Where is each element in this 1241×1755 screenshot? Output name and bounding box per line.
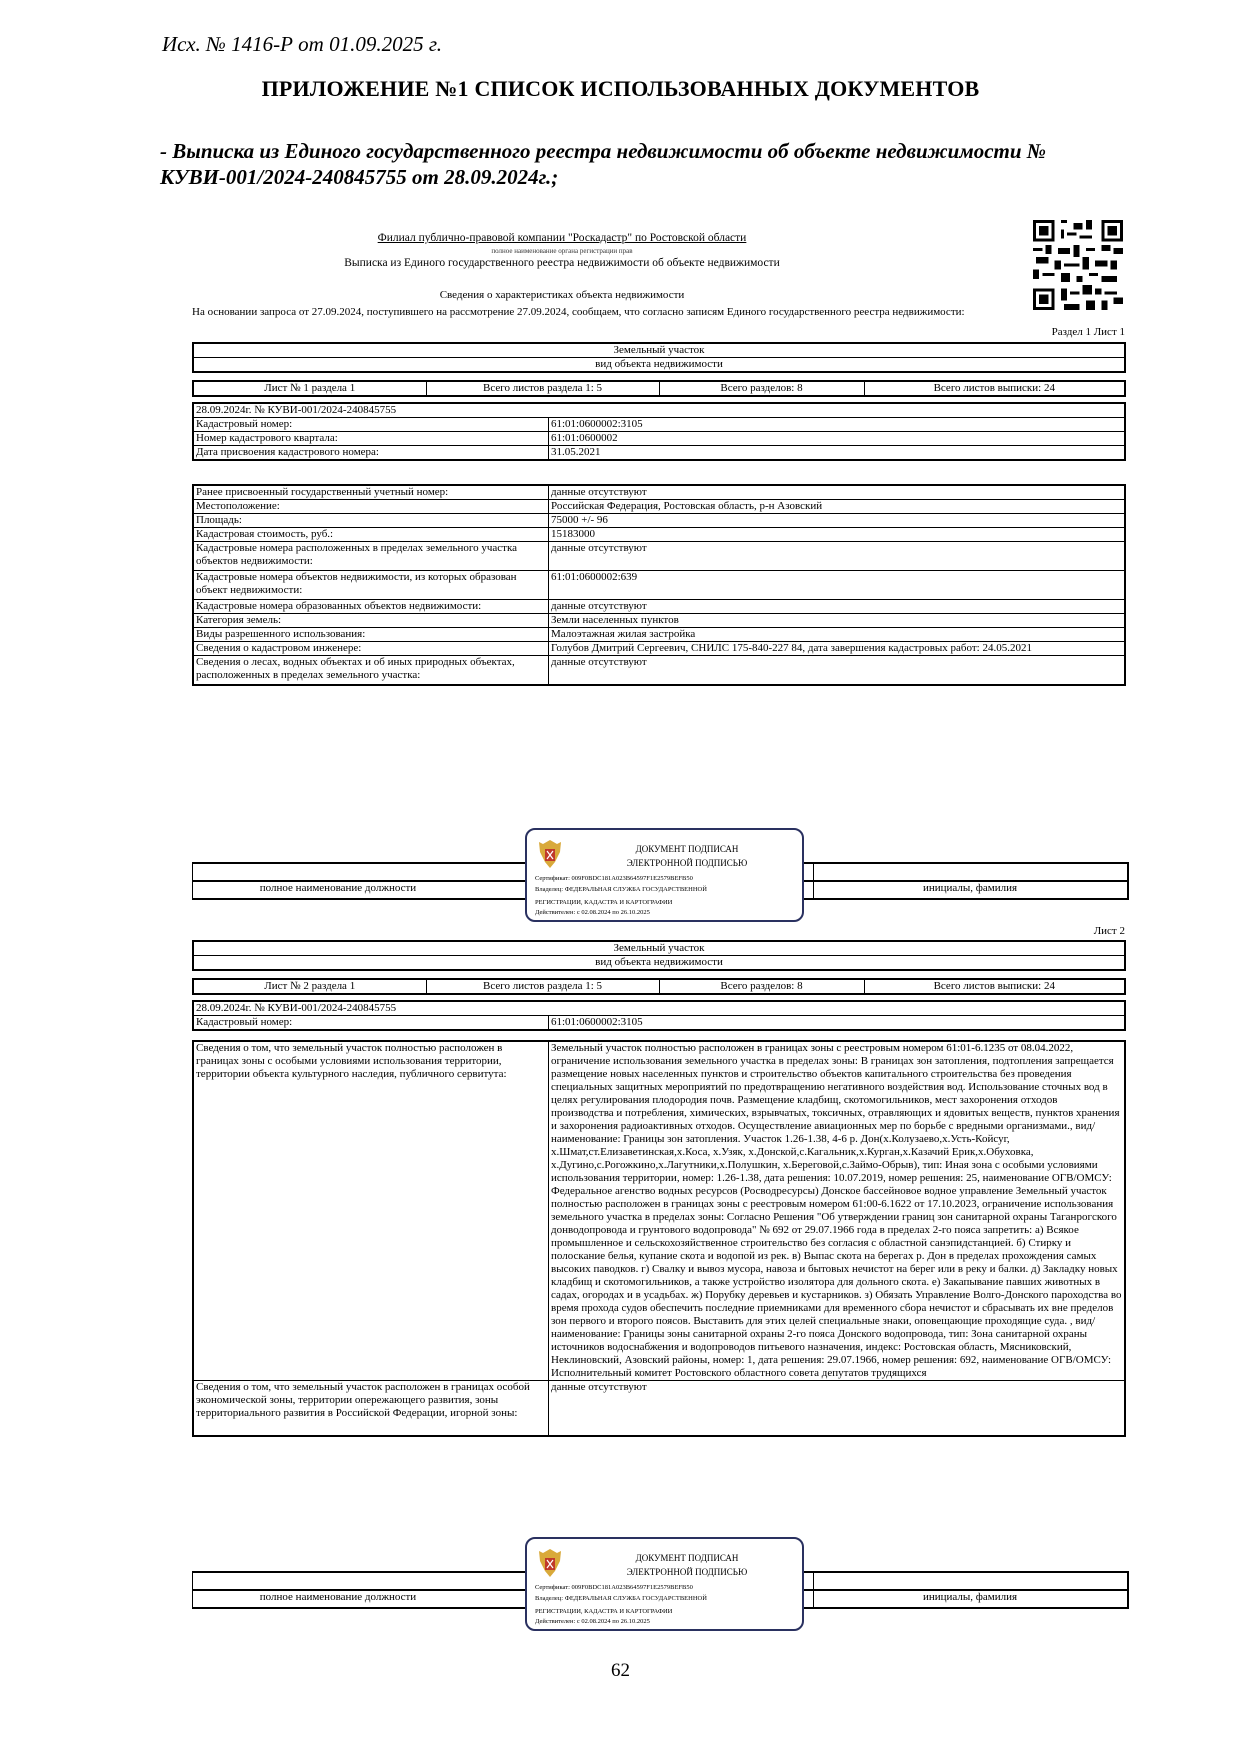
stamp-owner: Владелец: ФЕДЕРАЛЬНАЯ СЛУЖБА ГОСУДАРСТВЕ… <box>535 886 707 893</box>
table-row: Площадь:75000 +/- 96 <box>193 514 1125 528</box>
sheet-meta-table: Лист № 1 раздела 1 Всего листов раздела … <box>192 380 1126 397</box>
row-label: Сведения о том, что земельный участок по… <box>193 1041 549 1381</box>
extract-sheets-total: Всего листов выписки: 24 <box>864 979 1125 994</box>
table-row: Кадастровые номера расположенных в преде… <box>193 542 1125 571</box>
section-sheet-label: Раздел 1 Лист 1 <box>1052 326 1125 338</box>
row-label: Кадастровая стоимость, руб.: <box>193 528 549 542</box>
row-label: Кадастровый номер: <box>193 418 549 432</box>
sheet-number: Лист № 1 раздела 1 <box>193 381 426 396</box>
row-value: 75000 +/- 96 <box>549 514 1126 528</box>
sections-total: Всего разделов: 8 <box>659 381 864 396</box>
object-type-table: Земельный участок вид объекта недвижимос… <box>192 342 1126 373</box>
object-type-caption: вид объекта недвижимости <box>193 956 1125 971</box>
stamp-line-2: ЭЛЕКТРОННОЙ ПОДПИСЬЮ <box>587 1567 787 1577</box>
row-label: Виды разрешенного использования: <box>193 628 549 642</box>
row-value: данные отсутствуют <box>549 485 1126 500</box>
row-label: Кадастровые номера образованных объектов… <box>193 600 549 614</box>
extract-title: Выписка из Единого государственного реес… <box>192 257 932 269</box>
record-id: 28.09.2024г. № КУВИ-001/2024-240845755 <box>193 403 1125 418</box>
stamp-validity: Действителен: с 02.08.2024 по 26.10.2025 <box>535 909 650 916</box>
row-value: Земельный участок полностью расположен в… <box>549 1041 1126 1381</box>
electronic-signature-stamp-2: ДОКУМЕНТ ПОДПИСАН ЭЛЕКТРОННОЙ ПОДПИСЬЮ С… <box>525 1537 804 1631</box>
stamp-owner-2: РЕГИСТРАЦИИ, КАДАСТРА И КАРТОГРАФИИ <box>535 899 672 906</box>
request-basis: На основании запроса от 27.09.2024, пост… <box>192 306 1127 318</box>
table-row: Сведения о кадастровом инженере:Голубов … <box>193 642 1125 656</box>
stamp-line-1: ДОКУМЕНТ ПОДПИСАН <box>587 844 787 854</box>
table-row: Виды разрешенного использования:Малоэтаж… <box>193 628 1125 642</box>
sheet-2-label: Лист 2 <box>1094 925 1125 937</box>
row-label: Кадастровый номер: <box>193 1016 549 1031</box>
table-row: Категория земель:Земли населенных пункто… <box>193 614 1125 628</box>
identification-table-2: 28.09.2024г. № КУВИ-001/2024-240845755 К… <box>192 1000 1126 1031</box>
stamp-owner: Владелец: ФЕДЕРАЛЬНАЯ СЛУЖБА ГОСУДАРСТВЕ… <box>535 1595 707 1602</box>
record-id: 28.09.2024г. № КУВИ-001/2024-240845755 <box>193 1001 1125 1016</box>
info-title: Сведения о характеристиках объекта недви… <box>192 289 932 301</box>
row-value: данные отсутствуют <box>549 1381 1126 1437</box>
row-value: 15183000 <box>549 528 1126 542</box>
name-caption: инициалы, фамилия <box>813 882 1127 894</box>
electronic-signature-stamp: ДОКУМЕНТ ПОДПИСАН ЭЛЕКТРОННОЙ ПОДПИСЬЮ С… <box>525 828 804 922</box>
table-row: Кадастровый номер:61:01:0600002:3105 <box>193 1016 1125 1031</box>
row-label: Кадастровые номера расположенных в преде… <box>193 542 549 571</box>
zones-table: Сведения о том, что земельный участок по… <box>192 1040 1126 1437</box>
sheet-meta-table-2: Лист № 2 раздела 1 Всего листов раздела … <box>192 978 1126 995</box>
extract-sheets-total: Всего листов выписки: 24 <box>864 381 1125 396</box>
page-number: 62 <box>0 1660 1241 1682</box>
row-label: Площадь: <box>193 514 549 528</box>
outgoing-reference: Исх. № 1416-Р от 01.09.2025 г. <box>162 32 442 57</box>
row-value: 61:01:0600002:639 <box>549 571 1126 600</box>
qr-code-icon <box>1033 220 1123 310</box>
registry-organization: Филиал публично-правовой компании "Роска… <box>192 232 932 244</box>
coat-of-arms-icon <box>537 838 563 872</box>
object-type: Земельный участок <box>193 941 1125 956</box>
row-label: Сведения о том, что земельный участок ра… <box>193 1381 549 1437</box>
document-list-item: - Выписка из Единого государственного ре… <box>160 138 1120 190</box>
row-label: Номер кадастрового квартала: <box>193 432 549 446</box>
row-label: Дата присвоения кадастрового номера: <box>193 446 549 461</box>
section-sheets-total: Всего листов раздела 1: 5 <box>426 381 659 396</box>
row-value: Российская Федерация, Ростовская область… <box>549 500 1126 514</box>
row-label: Сведения о кадастровом инженере: <box>193 642 549 656</box>
row-value: Земли населенных пунктов <box>549 614 1126 628</box>
stamp-line-2: ЭЛЕКТРОННОЙ ПОДПИСЬЮ <box>587 858 787 868</box>
annex-title: ПРИЛОЖЕНИЕ №1 СПИСОК ИСПОЛЬЗОВАННЫХ ДОКУ… <box>0 76 1241 102</box>
object-type: Земельный участок <box>193 343 1125 358</box>
row-label: Сведения о лесах, водных объектах и об и… <box>193 656 549 686</box>
name-caption: инициалы, фамилия <box>813 1591 1127 1603</box>
table-row: Сведения о лесах, водных объектах и об и… <box>193 656 1125 686</box>
table-row: Ранее присвоенный государственный учетны… <box>193 485 1125 500</box>
table-row: Сведения о том, что земельный участок по… <box>193 1041 1125 1381</box>
stamp-certificate: Сертификат: 009F0BDC181A023B64597F1E2579… <box>535 875 693 882</box>
row-value: 31.05.2021 <box>549 446 1126 461</box>
stamp-certificate: Сертификат: 009F0BDC181A023B64597F1E2579… <box>535 1584 693 1591</box>
section-sheets-total: Всего листов раздела 1: 5 <box>426 979 659 994</box>
sections-total: Всего разделов: 8 <box>659 979 864 994</box>
row-value: 61:01:0600002:3105 <box>549 1016 1126 1031</box>
row-value: 61:01:0600002 <box>549 432 1126 446</box>
table-row: Дата присвоения кадастрового номера:31.0… <box>193 446 1125 461</box>
table-row: Сведения о том, что земельный участок ра… <box>193 1381 1125 1437</box>
characteristics-table: Ранее присвоенный государственный учетны… <box>192 484 1126 686</box>
stamp-line-1: ДОКУМЕНТ ПОДПИСАН <box>587 1553 787 1563</box>
position-caption: полное наименование должности <box>193 1591 483 1603</box>
row-label: Категория земель: <box>193 614 549 628</box>
table-row: Кадастровые номера объектов недвижимости… <box>193 571 1125 600</box>
organization-caption: полное наименование органа регистрации п… <box>192 247 932 255</box>
position-caption: полное наименование должности <box>193 882 483 894</box>
row-label: Ранее присвоенный государственный учетны… <box>193 485 549 500</box>
stamp-validity: Действителен: с 02.08.2024 по 26.10.2025 <box>535 1618 650 1625</box>
row-value: данные отсутствуют <box>549 600 1126 614</box>
object-type-table-2: Земельный участок вид объекта недвижимос… <box>192 940 1126 971</box>
table-row: Кадастровая стоимость, руб.:15183000 <box>193 528 1125 542</box>
row-label: Кадастровые номера объектов недвижимости… <box>193 571 549 600</box>
stamp-owner-2: РЕГИСТРАЦИИ, КАДАСТРА И КАРТОГРАФИИ <box>535 1608 672 1615</box>
row-value: данные отсутствуют <box>549 542 1126 571</box>
table-row: Кадастровый номер:61:01:0600002:3105 <box>193 418 1125 432</box>
identification-table: 28.09.2024г. № КУВИ-001/2024-240845755 К… <box>192 402 1126 461</box>
row-value: 61:01:0600002:3105 <box>549 418 1126 432</box>
sheet-number: Лист № 2 раздела 1 <box>193 979 426 994</box>
table-row: Номер кадастрового квартала:61:01:060000… <box>193 432 1125 446</box>
table-row: Кадастровые номера образованных объектов… <box>193 600 1125 614</box>
row-value: Голубов Дмитрий Сергеевич, СНИЛС 175-840… <box>549 642 1126 656</box>
row-label: Местоположение: <box>193 500 549 514</box>
row-value: Малоэтажная жилая застройка <box>549 628 1126 642</box>
row-value: данные отсутствуют <box>549 656 1126 686</box>
object-type-caption: вид объекта недвижимости <box>193 358 1125 373</box>
table-row: Местоположение:Российская Федерация, Рос… <box>193 500 1125 514</box>
coat-of-arms-icon <box>537 1547 563 1581</box>
